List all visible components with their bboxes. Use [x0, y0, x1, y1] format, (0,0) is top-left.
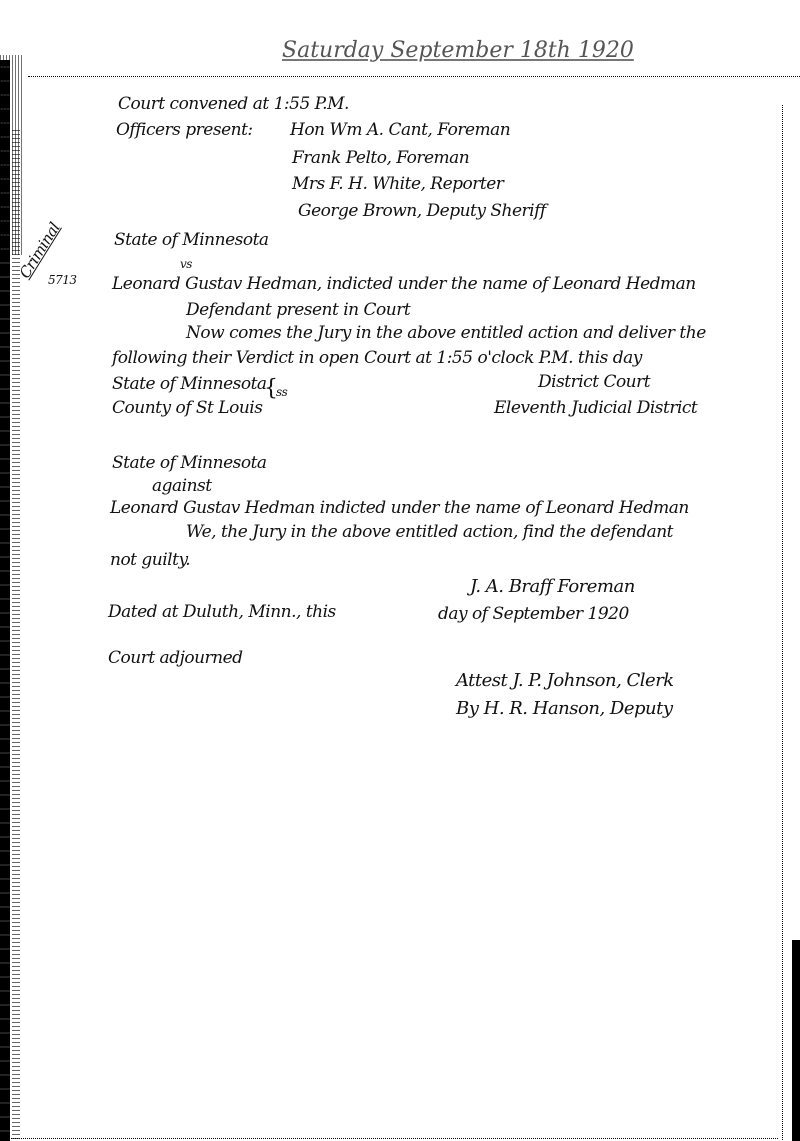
district-name: Eleventh Judicial District: [494, 400, 697, 417]
verdict-finding-1: We, the Jury in the above entitled actio…: [186, 524, 673, 541]
verdict-finding-2: not guilty.: [110, 552, 190, 569]
venue-state: State of Minnesota: [112, 376, 267, 393]
case1-jury-statement-2: following their Verdict in open Court at…: [112, 350, 642, 367]
case2-against: against: [152, 478, 212, 495]
officer-3: Mrs F. H. White, Reporter: [292, 176, 503, 193]
case2-plaintiff: State of Minnesota: [112, 455, 267, 472]
court-convened-line: Court convened at 1:55 P.M.: [118, 96, 349, 113]
officer-1: Hon Wm A. Cant, Foreman: [290, 122, 510, 139]
dated-left: Dated at Duluth, Minn., this: [108, 604, 336, 621]
venue-ss: ss: [276, 386, 287, 398]
page-binding-margin: [12, 130, 20, 1140]
case1-defendant-present: Defendant present in Court: [186, 302, 410, 319]
margin-note-case-number: 5713: [48, 274, 77, 286]
header-rule: [28, 76, 800, 77]
case2-defendant: Leonard Gustav Hedman indicted under the…: [110, 500, 689, 517]
court-adjourned: Court adjourned: [108, 650, 243, 667]
officer-2: Frank Pelto, Foreman: [292, 150, 469, 167]
venue-county: County of St Louis: [112, 400, 262, 417]
case1-defendant: Leonard Gustav Hedman, indicted under th…: [112, 276, 696, 293]
officer-4: George Brown, Deputy Sheriff: [298, 203, 546, 220]
case1-versus: vs: [180, 258, 192, 270]
case1-jury-statement-1: Now comes the Jury in the above entitled…: [186, 325, 706, 342]
officers-label: Officers present:: [116, 122, 253, 139]
bottom-rule: [8, 1138, 778, 1139]
right-margin-line: [782, 105, 784, 1140]
page-right-edge: [792, 940, 800, 1141]
case1-plaintiff: State of Minnesota: [114, 232, 269, 249]
attest-signature: Attest J. P. Johnson, Clerk: [456, 672, 674, 690]
foreman-signature: J. A. Braff Foreman: [470, 578, 635, 596]
margin-note-category: Criminal: [17, 221, 63, 281]
deputy-signature: By H. R. Hanson, Deputy: [456, 700, 673, 718]
document-page: Saturday September 18th 1920 Court conve…: [0, 0, 800, 1141]
header-date: Saturday September 18th 1920: [282, 40, 634, 62]
dated-right: day of September 1920: [438, 606, 629, 623]
court-name: District Court: [538, 374, 650, 391]
